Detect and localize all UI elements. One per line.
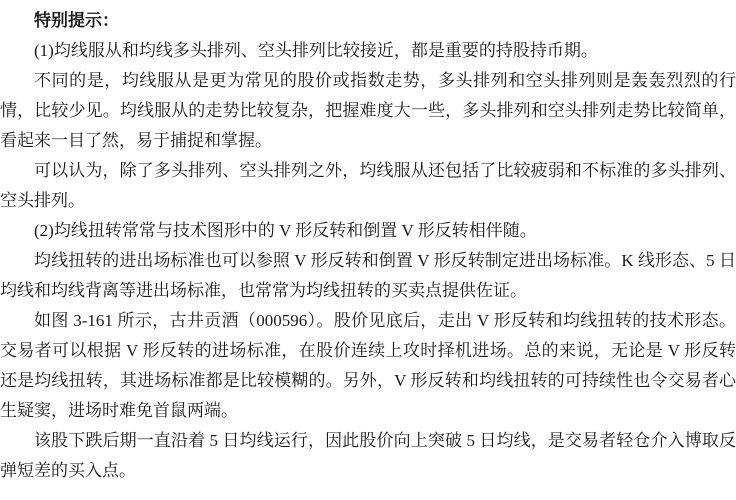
paragraph-buy-point: 该股下跌后期一直沿着 5 日均线运行，因此股价向上突破 5 日均线，是交易者轻仓…	[0, 426, 736, 486]
paragraph-difference-explanation: 不同的是，均线服从是更为常见的股价或指数走势，多头排列和空头排列则是轰轰烈烈的行…	[0, 66, 736, 156]
paragraph-special-note-2: (2)均线扭转常常与技术图形中的 V 形反转和倒置 V 形反转相伴随。	[0, 216, 736, 246]
paragraph-special-note-1: (1)均线服从和均线多头排列、空头排列比较接近，都是重要的持股持币期。	[0, 36, 736, 66]
paragraph-figure-example: 如图 3-161 所示，古井贡酒（000596）。股价见底后，走出 V 形反转和…	[0, 306, 736, 426]
document-page: 特别提示： (1)均线服从和均线多头排列、空头排列比较接近，都是重要的持股持币期…	[0, 0, 736, 500]
section-heading: 特别提示：	[0, 6, 736, 36]
paragraph-weak-arrangement: 可以认为，除了多头排列、空头排列之外，均线服从还包括了比较疲弱和不标准的多头排列…	[0, 156, 736, 216]
paragraph-entry-exit-standards: 均线扭转的进出场标准也可以参照 V 形反转和倒置 V 形反转制定进出场标准。K …	[0, 246, 736, 306]
